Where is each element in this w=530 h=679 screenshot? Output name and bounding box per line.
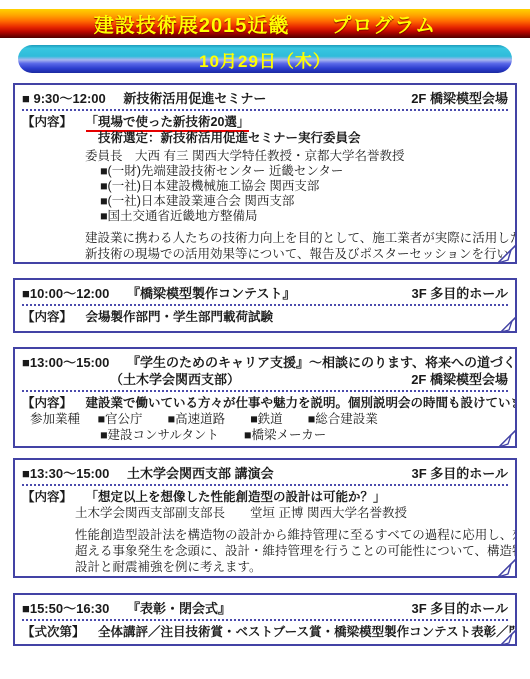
session-time-title: ■13:30～15:00 土木学会関西支部 講演会: [22, 465, 274, 482]
session-time: ■ 9:30～12:00: [22, 91, 106, 106]
session-title: 『学生のためのキャリア支援』～相談にのります、将来への道づくり～: [127, 355, 517, 370]
dotted-separator: [22, 109, 508, 111]
folded-corner-icon: [497, 313, 517, 333]
session-header: ■13:00～15:00 『学生のためのキャリア支援』～相談にのります、将来への…: [22, 354, 508, 371]
committee-chair: 委員長 大西 有三 関西大学特任教授・京都大学名誉教授: [85, 148, 508, 164]
session-subtitle: （土木学会関西支部）: [110, 371, 240, 388]
session-time-title: ■15:50～16:30 『表彰・閉会式』: [22, 600, 231, 617]
content-row: 【式次第】 全体講評／注目技術賞・ベストブース賞・橋梁模型製作コンテスト表彰／閉…: [22, 624, 508, 640]
session-header: ■13:30～15:00 土木学会関西支部 講演会 3F 多目的ホール: [22, 465, 508, 482]
description-line: 性能創造型設計法を構造物の設計から維持管理に至るすべての過程に応用し、想定を: [75, 527, 508, 543]
folded-corner-icon: [497, 428, 517, 448]
session-title: 『表彰・閉会式』: [127, 601, 231, 616]
date-label: 10月29日（木）: [199, 47, 331, 72]
session-venue: 3F 多目的ホール: [411, 285, 508, 302]
organization-item: ■(一社)日本建設業連合会 関西支部: [100, 194, 508, 209]
content-text: 全体講評／注目技術賞・ベストブース賞・橋梁模型製作コンテスト表彰／閉会挨拶: [98, 625, 517, 639]
session-header-line2: （土木学会関西支部） 2F 橋梁模型会場: [22, 371, 508, 388]
session-title: 土木学会関西支部 講演会: [127, 466, 274, 481]
folded-corner-icon: [497, 558, 517, 578]
description-line: 新技術の現場での活用効果等について、報告及びポスターセッションを行います。: [85, 246, 508, 262]
content-text: 会場製作部門・学生部門載荷試験: [86, 310, 274, 324]
session-time-title: ■10:00～12:00 『橋梁模型製作コンテスト』: [22, 285, 295, 302]
content-label: 【内容】: [22, 396, 72, 410]
content-row: 【内容】 「想定以上を想像した性能創造型の設計は可能か？」: [22, 489, 508, 505]
dotted-separator: [22, 390, 508, 392]
folded-corner-icon: [497, 626, 517, 646]
session-time: ■13:00～15:00: [22, 355, 109, 370]
session-title: 『橋梁模型製作コンテスト』: [127, 286, 295, 301]
dotted-separator: [22, 484, 508, 486]
dotted-separator: [22, 619, 508, 621]
session-header: ■10:00～12:00 『橋梁模型製作コンテスト』 3F 多目的ホール: [22, 285, 508, 302]
folded-corner-icon: [497, 244, 517, 264]
event-title-banner: 建設技術展2015近畿 プログラム: [0, 9, 530, 38]
content-title: 「想定以上を想像した性能創造型の設計は可能か？」: [86, 490, 386, 504]
session-panel-contest: ■10:00～12:00 『橋梁模型製作コンテスト』 3F 多目的ホール 【内容…: [13, 278, 517, 333]
speaker-line: 土木学会関西支部副支部長 堂垣 正博 関西大学名誉教授: [75, 505, 508, 521]
date-banner: 10月29日（木）: [18, 45, 512, 73]
content-text: 建設業で働いている方々が仕事や魅力を説明。個別説明会の時間も設けています。: [86, 396, 518, 410]
content-label: 【内容】: [22, 490, 72, 504]
session-venue: 2F 橋梁模型会場: [411, 371, 508, 388]
session-panel-career: ■13:00～15:00 『学生のためのキャリア支援』～相談にのります、将来への…: [13, 347, 517, 448]
content-row: 【内容】 建設業で働いている方々が仕事や魅力を説明。個別説明会の時間も設けていま…: [22, 395, 508, 411]
program-page: 建設技術展2015近畿 プログラム 10月29日（木） ■ 9:30～12:00…: [0, 0, 530, 679]
session-venue: 2F 橋梁模型会場: [411, 90, 508, 107]
dotted-separator: [22, 304, 508, 306]
description-line: 超える事象発生を念頭に、設計・維持管理を行うことの可能性について、構造物の耐震: [75, 543, 508, 559]
content-row: 【内容】 会場製作部門・学生部門載荷試験: [22, 309, 508, 325]
session-time-title: ■ 9:30～12:00 新技術活用促進セミナー: [22, 90, 266, 107]
session-panel-closing: ■15:50～16:30 『表彰・閉会式』 3F 多目的ホール 【式次第】 全体…: [13, 593, 517, 646]
event-title: 建設技術展2015近畿 プログラム: [94, 9, 436, 38]
organization-item: ■(一財)先端建設技術センター 近畿センター: [100, 164, 508, 179]
content-label: 【内容】: [22, 310, 72, 324]
session-panel-lecture: ■13:30～15:00 土木学会関西支部 講演会 3F 多目的ホール 【内容】…: [13, 458, 517, 578]
organization-item: ■国土交通省近畿地方整備局: [100, 209, 508, 224]
content-subtitle: 技術選定：新技術活用促進セミナー実行委員会: [98, 130, 508, 146]
participants-row: 参加業種 ■官公庁 ■高速道路 ■鉄道 ■総合建設業: [30, 411, 508, 427]
participants-list: ■官公庁 ■高速道路 ■鉄道 ■総合建設業: [98, 412, 378, 426]
session-time-title: ■13:00～15:00 『学生のためのキャリア支援』～相談にのります、将来への…: [22, 354, 517, 371]
session-time: ■10:00～12:00: [22, 286, 109, 301]
description-line: 設計と耐震補強を例に考えます。: [75, 559, 508, 575]
session-header: ■15:50～16:30 『表彰・閉会式』 3F 多目的ホール: [22, 600, 508, 617]
session-venue: 3F 多目的ホール: [411, 600, 508, 617]
content-row: 【内容】 「現場で使った新技術20選」: [22, 114, 508, 130]
session-time: ■13:30～15:00: [22, 466, 109, 481]
session-time: ■15:50～16:30: [22, 601, 109, 616]
content-label: 【式次第】: [22, 625, 85, 639]
participants-row: ■建設コンサルタント ■橋梁メーカー: [100, 427, 508, 443]
content-label: 【内容】: [22, 115, 72, 129]
session-header: ■ 9:30～12:00 新技術活用促進セミナー 2F 橋梁模型会場: [22, 90, 508, 107]
session-title: 新技術活用促進セミナー: [123, 91, 266, 106]
participants-label: 参加業種: [30, 412, 80, 426]
session-panel-seminar: ■ 9:30～12:00 新技術活用促進セミナー 2F 橋梁模型会場 【内容】 …: [13, 83, 517, 264]
description-line: 建設業に携わる人たちの技術力向上を目的として、施工業者が実際に活用した有用な: [85, 230, 508, 246]
session-venue: 3F 多目的ホール: [411, 465, 508, 482]
organization-item: ■(一社)日本建設機械施工協会 関西支部: [100, 179, 508, 194]
